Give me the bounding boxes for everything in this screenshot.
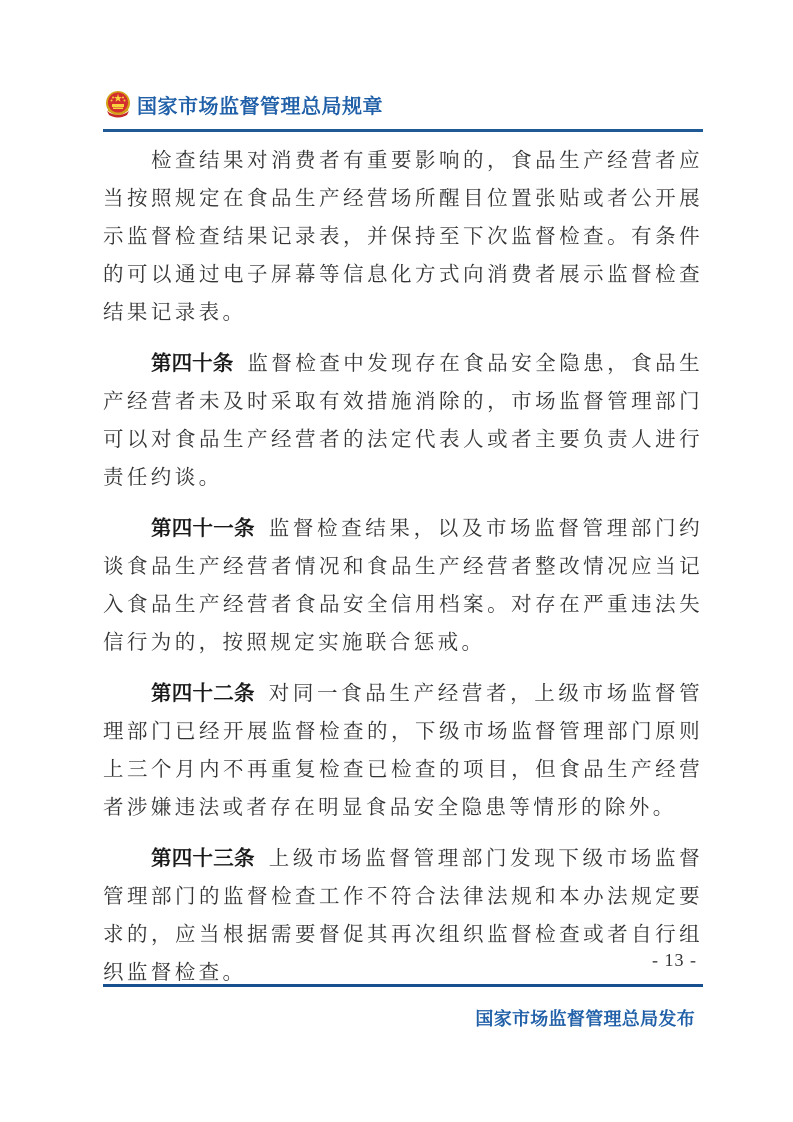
footer-publisher: 国家市场监督管理总局发布 xyxy=(475,1005,695,1031)
page-number: - 13 - xyxy=(652,950,697,971)
document-body: 检查结果对消费者有重要影响的，食品生产经营者应当按照规定在食品生产经营场所醒目位… xyxy=(103,141,703,1004)
article-42: 第四十二条对同一食品生产经营者，上级市场监督管理部门已经开展监督检查的，下级市场… xyxy=(103,674,703,826)
article-number: 第四十二条 xyxy=(151,681,255,705)
article-43: 第四十三条上级市场监督管理部门发现下级市场监督管理部门的监督检查工作不符合法律法… xyxy=(103,839,703,991)
footer-divider xyxy=(103,984,703,987)
paragraph-result-display: 检查结果对消费者有重要影响的，食品生产经营者应当按照规定在食品生产经营场所醒目位… xyxy=(103,141,703,331)
article-number: 第四十一条 xyxy=(151,516,255,540)
article-number: 第四十条 xyxy=(151,351,233,375)
article-40: 第四十条监督检查中发现存在食品安全隐患，食品生产经营者未及时采取有效措施消除的，… xyxy=(103,344,703,496)
national-emblem-icon xyxy=(103,89,133,119)
article-number: 第四十三条 xyxy=(151,846,255,870)
document-header: 国家市场监督管理总局规章 xyxy=(103,86,383,122)
header-title: 国家市场监督管理总局规章 xyxy=(137,90,383,119)
header-divider xyxy=(103,129,703,132)
paragraph-text: 检查结果对消费者有重要影响的，食品生产经营者应当按照规定在食品生产经营场所醒目位… xyxy=(103,148,703,324)
article-41: 第四十一条监督检查结果，以及市场监督管理部门约谈食品生产经营者情况和食品生产经营… xyxy=(103,509,703,661)
